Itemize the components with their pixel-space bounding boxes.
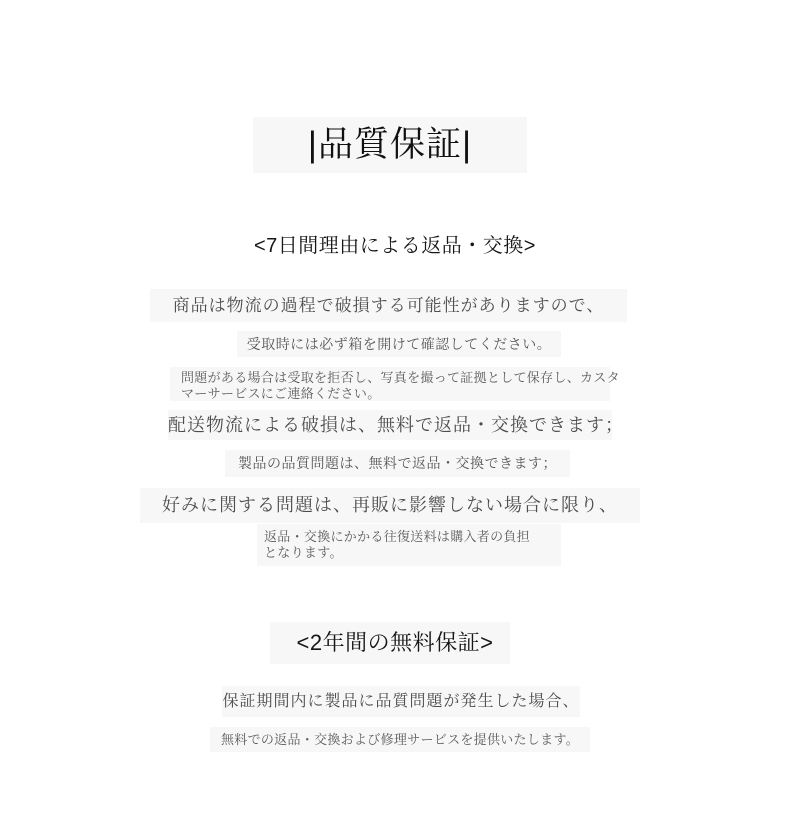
problem-instruction-line2: マーサービスにご連絡ください。 (181, 386, 611, 402)
preference-problem: 好みに関する問題は、再販に影響しない場合に限り、 (140, 488, 640, 523)
warranty-condition: 保証期間内に製品に品質問題が発生した場合、 (222, 686, 580, 717)
shipping-cost-line2: となります。 (264, 545, 560, 561)
delivery-damage-free: 配送物流による破損は、無料で返品・交換できます； (168, 410, 612, 440)
shipping-damage-notice: 商品は物流の過程で破損する可能性がありますので、 (150, 289, 627, 322)
free-service: 無料での返品・交換および修理サービスを提供いたします。 (210, 727, 590, 752)
shipping-cost-line1: 返品・交換にかかる往復送料は購入者の負担 (264, 529, 560, 545)
open-box-check: 受取時には必ず箱を開けて確認してください。 (237, 331, 561, 357)
problem-instruction-line1: 問題がある場合は受取を拒否し、写真を撮って証拠として保存し、カスタ (181, 370, 611, 386)
quality-guarantee-section: |品質保証| <7日間理由による返品・交換> 商品は物流の過程で破損する可能性が… (0, 0, 790, 823)
quality-problem-free: 製品の品質問題は、無料で返品・交換できます； (225, 450, 570, 477)
two-year-heading: <2年間の無料保証> (0, 622, 790, 664)
page-title: |品質保証| (253, 117, 527, 173)
seven-day-heading: <7日間理由による返品・交換> (0, 231, 790, 261)
